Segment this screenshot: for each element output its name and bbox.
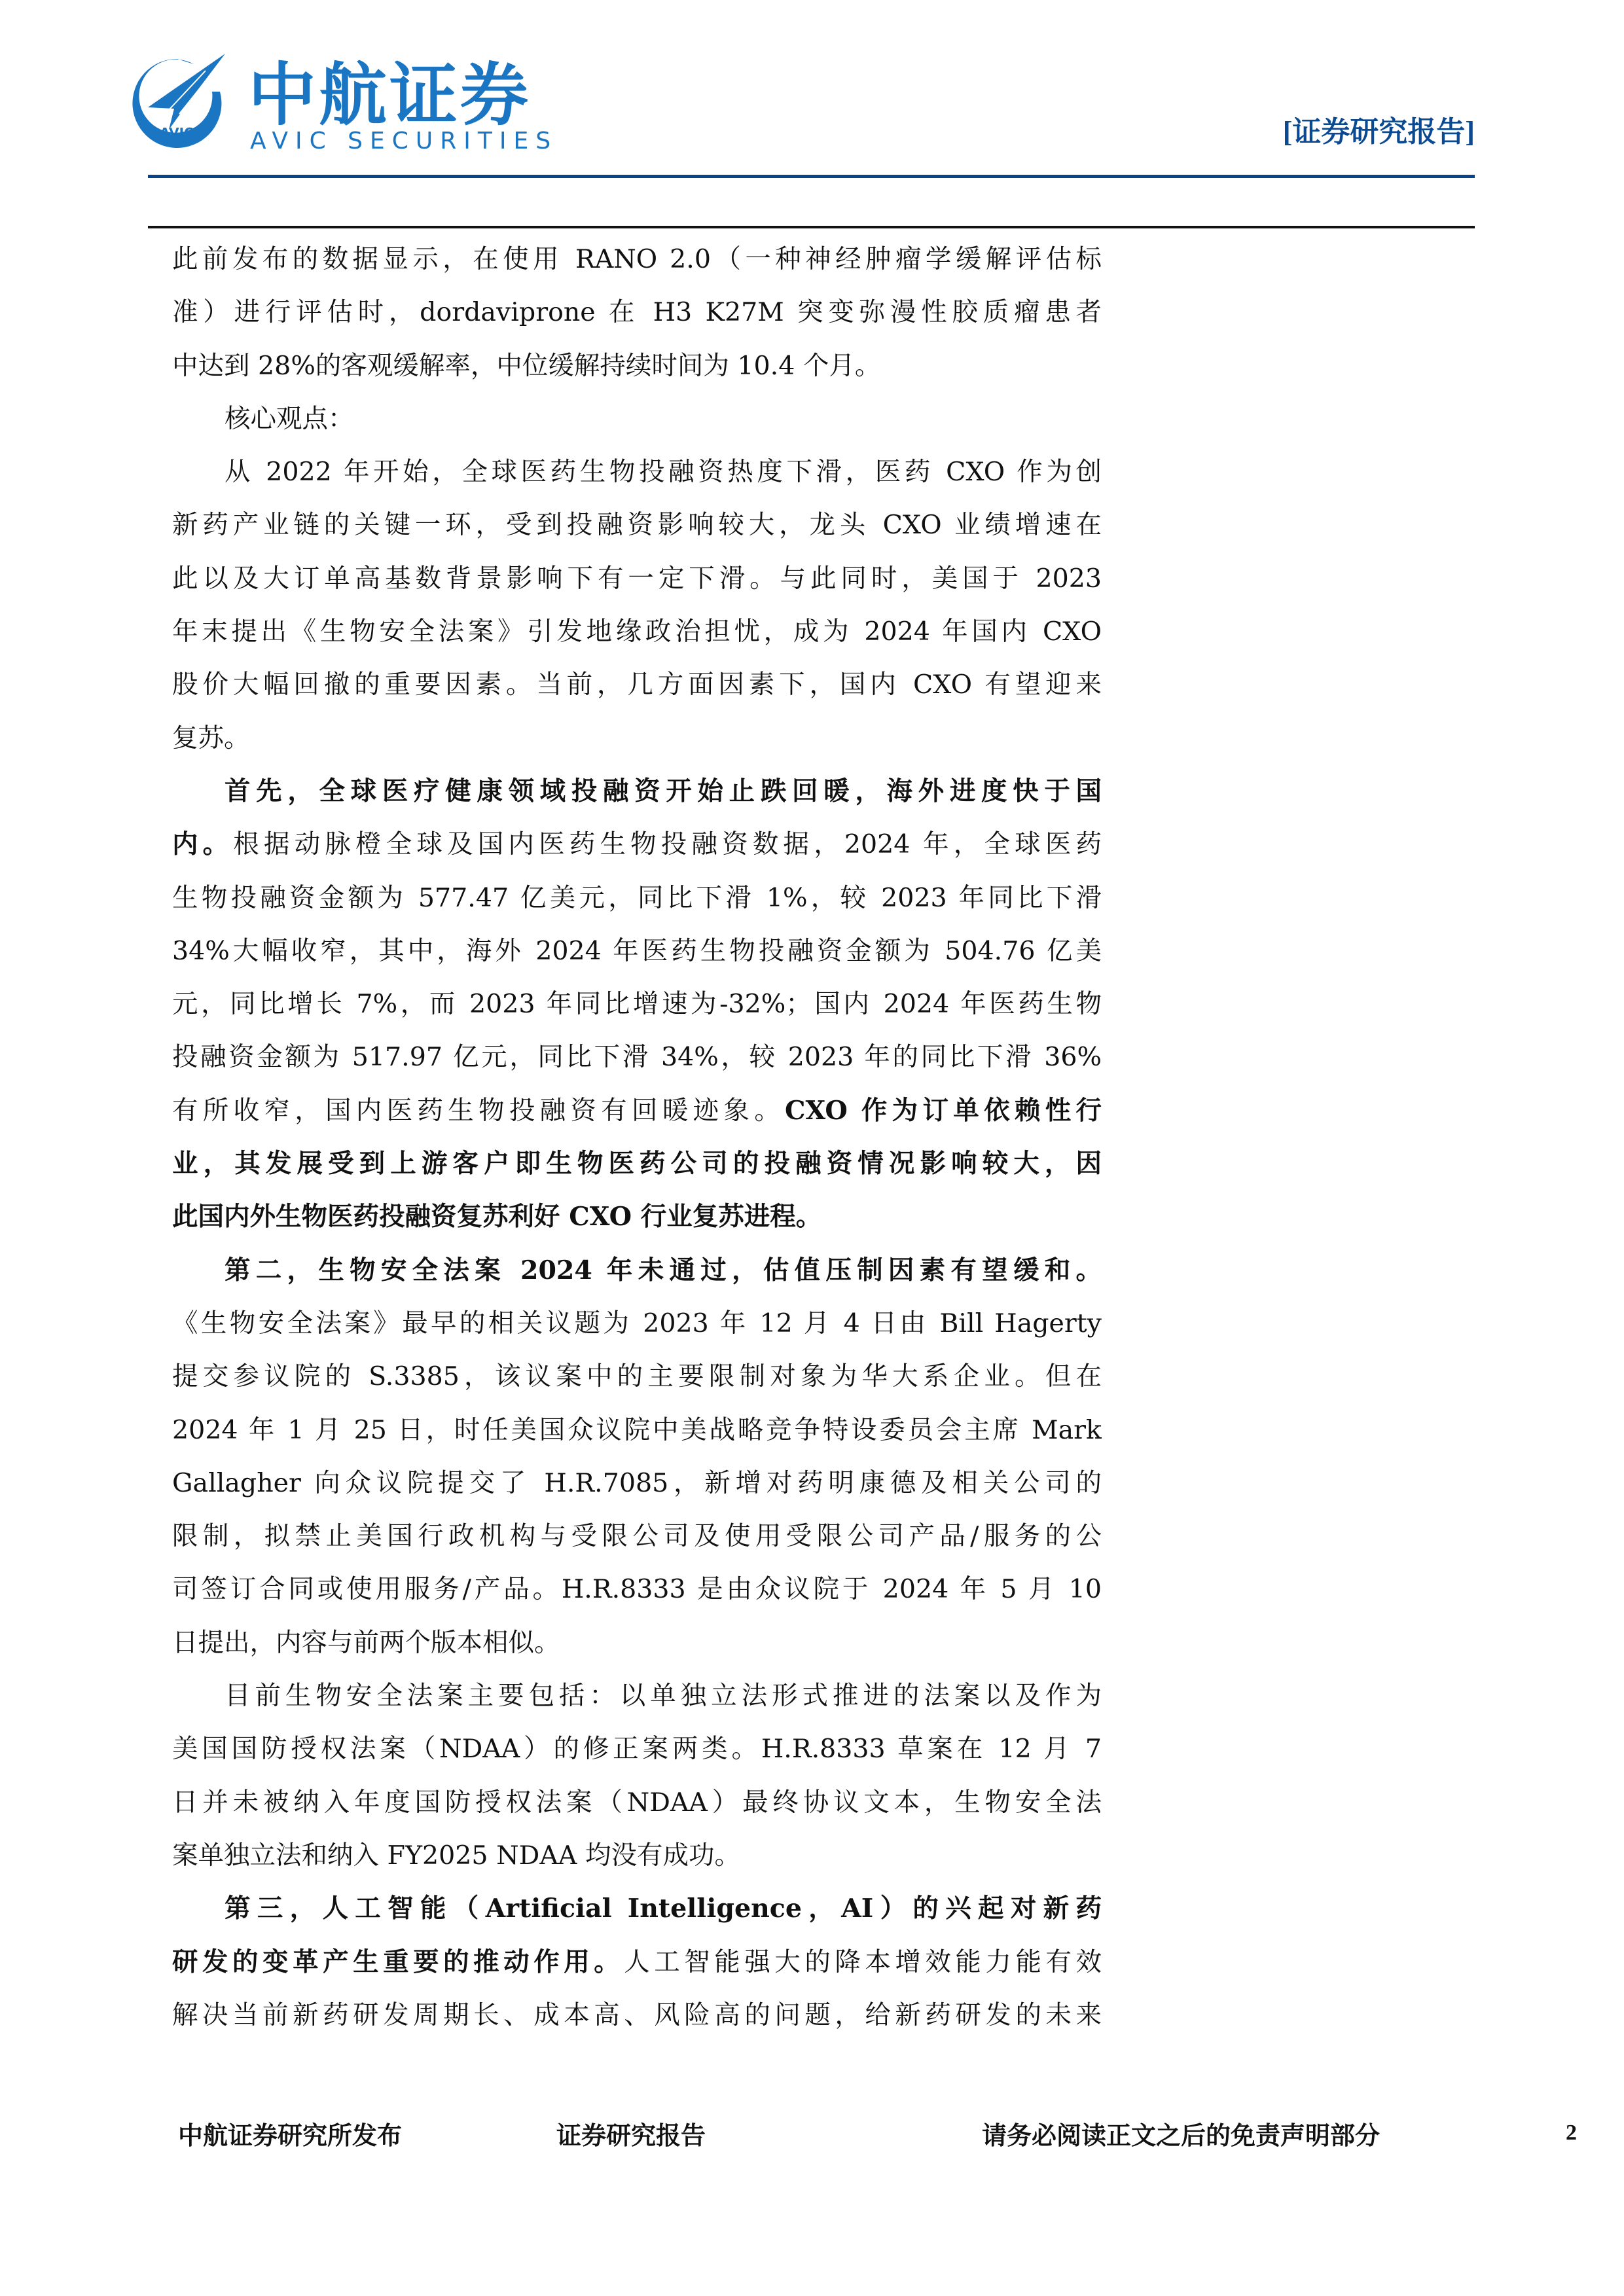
footer-publisher: 中航证券研究所发布 (178, 2115, 402, 2151)
text-line-bold: 业，其发展受到上游客户即生物医药公司的投融资情况影响较大，因 (172, 1138, 1102, 1191)
text-line: Gallagher 向众议院提交了 H.R.7085，新增对药明康德及相关公司的 (172, 1457, 1102, 1510)
text-line: 新药产业链的关键一环，受到投融资影响较大，龙头 CXO 业绩增速在 (172, 499, 1102, 552)
bold-lead: 内。 (172, 829, 233, 859)
text-line: 案单独立法和纳入 FY2025 NDAA 均没有成功。 (172, 1829, 1102, 1882)
text-line: 目前生物安全法案主要包括：以单独立法形式推进的法案以及作为 (172, 1670, 1102, 1723)
text-line: 内。根据动脉橙全球及国内医药生物投融资数据，2024 年，全球医药 (172, 818, 1102, 871)
text-line: 《生物安全法案》最早的相关议题为 2023 年 12 月 4 日由 Bill H… (172, 1297, 1102, 1350)
text-line: 有所收窄，国内医药生物投融资有回暖迹象。CXO 作为订单依赖性行 (172, 1085, 1102, 1138)
text-line-bold: 第三，人工智能（Artificial Intelligence，AI）的兴起对新… (172, 1882, 1102, 1935)
text-line: 元，同比增长 7%，而 2023 年同比增速为-32%；国内 2024 年医药生… (172, 978, 1102, 1031)
paragraph-rano-data: 此前发布的数据显示，在使用 RANO 2.0（一种神经肿瘤学缓解评估标 准）进行… (172, 233, 1102, 393)
text-line: 此前发布的数据显示，在使用 RANO 2.0（一种神经肿瘤学缓解评估标 (172, 233, 1102, 286)
svg-text:AVIC: AVIC (160, 125, 194, 141)
footer-doc-type: 证券研究报告 (556, 2115, 706, 2151)
text-line: 34%大幅收窄，其中，海外 2024 年医药生物投融资金额为 504.76 亿美 (172, 925, 1102, 978)
text-line: 年末提出《生物安全法案》引发地缘政治担忧，成为 2024 年国内 CXO (172, 605, 1102, 658)
report-type-tag: [证券研究报告] (1283, 108, 1475, 150)
header-rule-black (148, 226, 1475, 228)
paragraph-third-ai: 第三，人工智能（Artificial Intelligence，AI）的兴起对新… (172, 1882, 1102, 2042)
paragraph-second-biosecure: 第二，生物安全法案 2024 年未通过，估值压制因素有望缓和。 《生物安全法案》… (172, 1244, 1102, 1670)
text-line: 限制，拟禁止美国行政机构与受限公司及使用受限公司产品/服务的公 (172, 1510, 1102, 1563)
paragraph-first-financing: 首先，全球医疗健康领域投融资开始止跌回暖，海外进度快于国 内。根据动脉橙全球及国… (172, 765, 1102, 1244)
text-line: 日提出，内容与前两个版本相似。 (172, 1617, 1102, 1670)
text-line: 研发的变革产生重要的推动作用。人工智能强大的降本增效能力能有效 (172, 1936, 1102, 1989)
text-line: 中达到 28%的客观缓解率，中位缓解持续时间为 10.4 个月。 (172, 340, 1102, 393)
company-logo: AVIC 中航证券 AVIC SECURITIES (128, 51, 560, 156)
text-line: 从 2022 年开始，全球医药生物投融资热度下滑，医药 CXO 作为创 (172, 446, 1102, 499)
text-line: 股价大幅回撤的重要因素。当前，几方面因素下，国内 CXO 有望迎来 (172, 658, 1102, 711)
text-line: 提交参议院的 S.3385，该议案中的主要限制对象为华大系企业。但在 (172, 1350, 1102, 1403)
text-line: 复苏。 (172, 712, 1102, 765)
text-line: 投融资金额为 517.97 亿元，同比下滑 34%，较 2023 年的同比下滑 … (172, 1031, 1102, 1084)
section-heading-core-view: 核心观点： (172, 393, 1102, 446)
logo-english-name: AVIC SECURITIES (250, 128, 558, 154)
report-body: 此前发布的数据显示，在使用 RANO 2.0（一种神经肿瘤学缓解评估标 准）进行… (172, 233, 1102, 2042)
avic-plane-logo-icon: AVIC (128, 51, 226, 156)
text-line: 此以及大订单高基数背景影响下有一定下滑。与此同时，美国于 2023 (172, 552, 1102, 605)
bold-run: CXO 作为订单依赖性行 (785, 1096, 1102, 1126)
text-line-bold: 第二，生物安全法案 2024 年未通过，估值压制因素有望缓和。 (172, 1244, 1102, 1297)
text-run: 人工智能强大的降本增效能力能有效 (624, 1947, 1102, 1977)
text-line: 2024 年 1 月 25 日，时任美国众议院中美战略竞争特设委员会主席 Mar… (172, 1404, 1102, 1457)
text-line-bold: 首先，全球医疗健康领域投融资开始止跌回暖，海外进度快于国 (172, 765, 1102, 818)
text-line: 日并未被纳入年度国防授权法案（NDAA）最终协议文本，生物安全法 (172, 1776, 1102, 1829)
text-run: 根据动脉橙全球及国内医药生物投融资数据，2024 年，全球医药 (233, 829, 1102, 859)
paragraph-biosecure-status: 目前生物安全法案主要包括：以单独立法形式推进的法案以及作为 美国国防授权法案（N… (172, 1670, 1102, 1882)
text-line: 美国国防授权法案（NDAA）的修正案两类。H.R.8333 草案在 12 月 7 (172, 1723, 1102, 1776)
text-line: 核心观点： (172, 393, 1102, 446)
text-line-bold: 此国内外生物医药投融资复苏利好 CXO 行业复苏进程。 (172, 1191, 1102, 1244)
bold-lead: 研发的变革产生重要的推动作用。 (172, 1947, 624, 1977)
header-rule-blue (148, 175, 1475, 178)
text-run: 有所收窄，国内医药生物投融资有回暖迹象。 (172, 1096, 785, 1126)
text-line: 解决当前新药研发周期长、成本高、风险高的问题，给新药研发的未来 (172, 1989, 1102, 2042)
page-number: 2 (1566, 2121, 1577, 2145)
text-line: 准）进行评估时，dordaviprone 在 H3 K27M 突变弥漫性胶质瘤患… (172, 286, 1102, 339)
footer-disclaimer: 请务必阅读正文之后的免责声明部分 (982, 2115, 1380, 2151)
text-line: 生物投融资金额为 577.47 亿美元，同比下滑 1%，较 2023 年同比下滑 (172, 872, 1102, 925)
paragraph-cxo-overview: 从 2022 年开始，全球医药生物投融资热度下滑，医药 CXO 作为创 新药产业… (172, 446, 1102, 765)
text-line: 司签订合同或使用服务/产品。H.R.8333 是由众议院于 2024 年 5 月… (172, 1563, 1102, 1616)
logo-chinese-name: 中航证券 (248, 59, 531, 131)
